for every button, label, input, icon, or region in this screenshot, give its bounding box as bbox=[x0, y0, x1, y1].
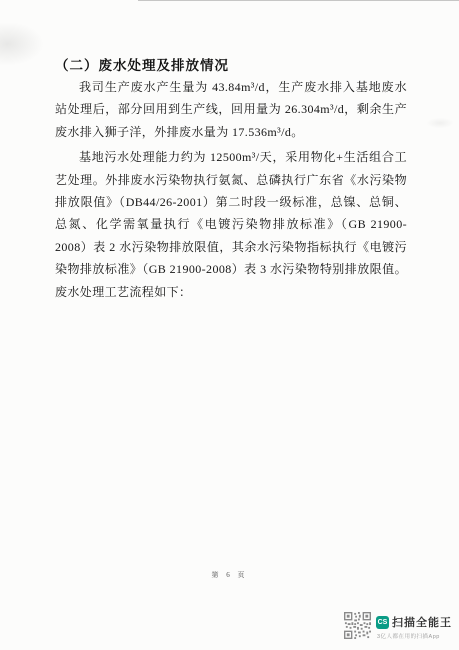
camscanner-watermark: CS 扫描全能王 3亿人都在用的扫描App bbox=[344, 612, 452, 640]
paragraph-wastewater-volume: 我司生产废水产生量为 43.84m³/d，生产废水排入基地废水站处理后，部分回用… bbox=[55, 76, 407, 143]
scan-artifact-left-smudge bbox=[0, 22, 44, 66]
page-number: 第 6 页 bbox=[0, 570, 459, 580]
section-heading: （二）废水处理及排放情况 bbox=[55, 54, 415, 74]
document-body: 我司生产废水产生量为 43.84m³/d，生产废水排入基地废水站处理后，部分回用… bbox=[55, 76, 407, 303]
watermark-app-name: 扫描全能王 bbox=[392, 614, 452, 630]
scanned-document-page: （二）废水处理及排放情况 我司生产废水产生量为 43.84m³/d，生产废水排入… bbox=[0, 0, 459, 650]
watermark-tagline: 3亿人都在用的扫描App bbox=[376, 632, 452, 640]
paragraph-treatment-standards: 基地污水处理能力约为 12500m³/天，采用物化+生活组合工艺处理。外排废水污… bbox=[55, 146, 407, 303]
watermark-text-block: CS 扫描全能王 3亿人都在用的扫描App bbox=[376, 612, 452, 640]
camscanner-logo-icon: CS bbox=[376, 616, 389, 629]
qr-code-icon bbox=[344, 612, 371, 639]
scan-artifact-right-smudge bbox=[427, 118, 453, 128]
scan-artifact-top-edge bbox=[138, 0, 459, 1]
